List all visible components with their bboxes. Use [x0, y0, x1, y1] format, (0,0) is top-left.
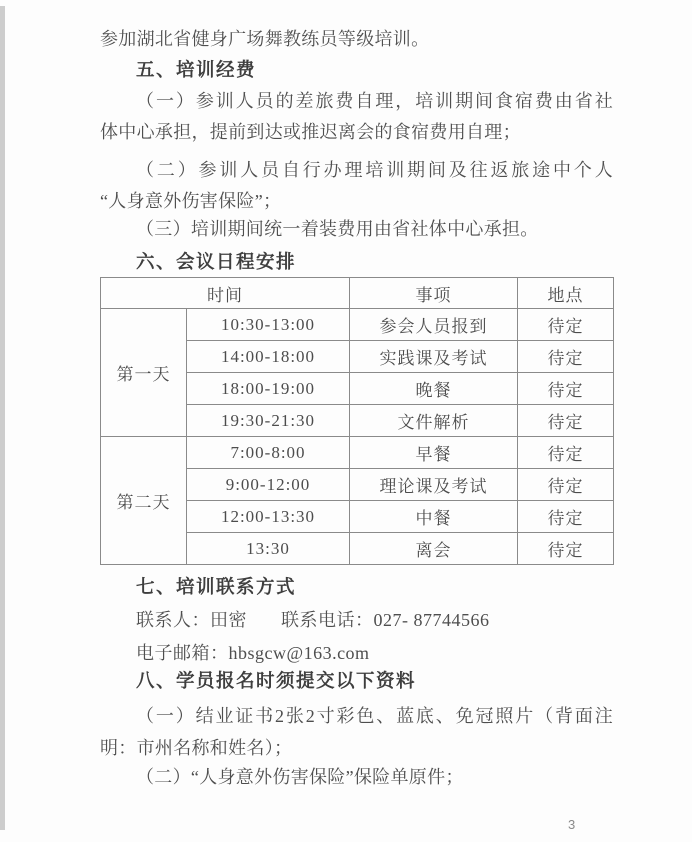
- scan-edge-artifact: [0, 6, 5, 830]
- time-cell: 9:00-12:00: [187, 469, 350, 501]
- time-cell: 19:30-21:30: [187, 405, 350, 437]
- paragraph-line: （二）参训人员自行办理培训期间及往返旅途中个人: [100, 155, 613, 186]
- fees-paragraph-1: （一）参训人员的差旅费自理，培训期间食宿费由省社 体中心承担，提前到达或推迟离会…: [100, 86, 613, 148]
- time-cell: 14:00-18:00: [187, 341, 350, 373]
- contact-email-value: hbsgcw@163.com: [229, 643, 370, 663]
- contact-email-line: 电子邮箱：hbsgcw@163.com: [136, 642, 370, 664]
- table-header-row: 时间 事项 地点: [101, 278, 614, 309]
- section-heading-schedule: 六、会议日程安排: [136, 251, 296, 273]
- fees-paragraph-2: （二）参训人员自行办理培训期间及往返旅途中个人 “人身意外伤害保险”；: [100, 155, 613, 217]
- section-heading-contact: 七、培训联系方式: [136, 576, 296, 598]
- paragraph-line: （一）结业证书2张2寸彩色、蓝底、免冠照片（背面注: [100, 700, 613, 732]
- paragraph-line: （一）参训人员的差旅费自理，培训期间食宿费由省社: [100, 86, 613, 117]
- intro-continuation-line: 参加湖北省健身广场舞教练员等级培训。: [100, 28, 613, 50]
- table-row: 第一天 10:30-13:00 参会人员报到 待定: [101, 309, 614, 341]
- item-cell: 早餐: [350, 437, 518, 469]
- item-cell: 参会人员报到: [350, 309, 518, 341]
- contact-person-line: 联系人：田密联系电话：027- 87744566: [136, 609, 490, 631]
- place-cell: 待定: [518, 469, 614, 501]
- materials-paragraph-1: （一）结业证书2张2寸彩色、蓝底、免冠照片（背面注 明：市州名称和姓名）；: [100, 700, 613, 764]
- time-cell: 10:30-13:00: [187, 309, 350, 341]
- place-cell: 待定: [518, 437, 614, 469]
- place-cell: 待定: [518, 309, 614, 341]
- contact-email-label: 电子邮箱：: [136, 643, 229, 663]
- time-cell: 7:00-8:00: [187, 437, 350, 469]
- paragraph-line: “人身意外伤害保险”；: [100, 186, 613, 217]
- schedule-table: 时间 事项 地点 第一天 10:30-13:00 参会人员报到 待定 14:00…: [100, 277, 614, 565]
- place-cell: 待定: [518, 341, 614, 373]
- paragraph-line: 明：市州名称和姓名）；: [100, 732, 613, 764]
- scanned-document-page: 参加湖北省健身广场舞教练员等级培训。 五、培训经费 （一）参训人员的差旅费自理，…: [0, 0, 692, 842]
- item-cell: 中餐: [350, 501, 518, 533]
- table-row: 第二天 7:00-8:00 早餐 待定: [101, 437, 614, 469]
- contact-phone-label: 联系电话：: [281, 610, 374, 630]
- col-header-item: 事项: [350, 278, 518, 309]
- contact-person-label: 联系人：: [136, 610, 210, 630]
- place-cell: 待定: [518, 533, 614, 565]
- fees-paragraph-3: （三）培训期间统一着装费用由省社体中心承担。: [100, 214, 613, 245]
- materials-paragraph-2: （二）“人身意外伤害保险”保险单原件；: [100, 762, 613, 793]
- time-cell: 18:00-19:00: [187, 373, 350, 405]
- item-cell: 理论课及考试: [350, 469, 518, 501]
- day-cell: 第一天: [101, 309, 187, 437]
- paragraph-line: （二）“人身意外伤害保险”保险单原件；: [100, 762, 613, 793]
- day-cell: 第二天: [101, 437, 187, 565]
- paragraph-line: （三）培训期间统一着装费用由省社体中心承担。: [100, 214, 613, 245]
- place-cell: 待定: [518, 501, 614, 533]
- paragraph-line: 体中心承担，提前到达或推迟离会的食宿费用自理；: [100, 117, 613, 148]
- item-cell: 离会: [350, 533, 518, 565]
- section-heading-materials: 八、学员报名时须提交以下资料: [136, 670, 416, 692]
- time-cell: 12:00-13:30: [187, 501, 350, 533]
- col-header-time: 时间: [101, 278, 350, 309]
- place-cell: 待定: [518, 373, 614, 405]
- time-cell: 13:30: [187, 533, 350, 565]
- item-cell: 文件解析: [350, 405, 518, 437]
- item-cell: 实践课及考试: [350, 341, 518, 373]
- contact-person-value: 田密: [210, 610, 247, 630]
- place-cell: 待定: [518, 405, 614, 437]
- page-number: 3: [568, 817, 575, 832]
- contact-phone-value: 027- 87744566: [374, 610, 490, 630]
- col-header-place: 地点: [518, 278, 614, 309]
- section-heading-fees: 五、培训经费: [136, 59, 256, 81]
- item-cell: 晚餐: [350, 373, 518, 405]
